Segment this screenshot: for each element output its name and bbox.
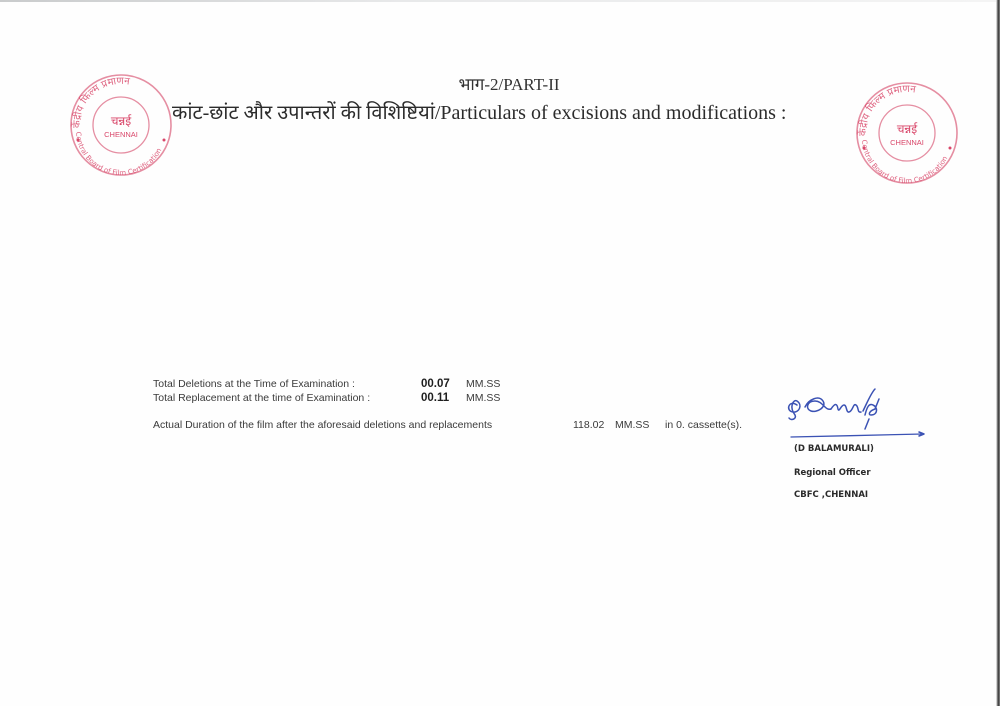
signatory-name: (D BALAMURALI) [794,444,874,454]
part-heading: भाग-2/PART-II [0,72,1000,95]
actual-duration-label: Actual Duration of the film after the af… [153,419,492,431]
signature [783,385,928,445]
deletions-value: 00.07 [421,378,450,390]
svg-text:चन्नई: चन्नई [897,122,918,136]
cassette-count: in 0. cassette(s). [665,419,742,431]
svg-text:CHENNAI: CHENNAI [890,138,924,147]
replacement-value: 00.11 [421,392,449,404]
signature-scribble-icon [783,385,928,445]
deletions-unit: MM.SS [466,378,500,390]
svg-text:CHENNAI: CHENNAI [104,130,138,139]
scan-top-edge [0,0,1000,2]
actual-duration-value: 118.02 [573,419,604,431]
signatory-designation: Regional Officer [794,468,871,478]
certificate-page: केंद्रीय फिल्म प्रमाणन Central Board of … [0,0,1000,706]
actual-duration-unit: MM.SS [615,419,649,431]
replacement-label: Total Replacement at the time of Examina… [153,392,370,404]
signatory-office: CBFC ,CHENNAI [794,490,868,500]
svg-text:चन्नई: चन्नई [111,114,132,128]
replacement-unit: MM.SS [466,392,500,404]
scan-right-edge [996,0,1000,706]
document-title: कांट-छांट और उपान्तरों की विशिष्टियां/Pa… [172,98,786,125]
deletions-label: Total Deletions at the Time of Examinati… [153,378,355,390]
